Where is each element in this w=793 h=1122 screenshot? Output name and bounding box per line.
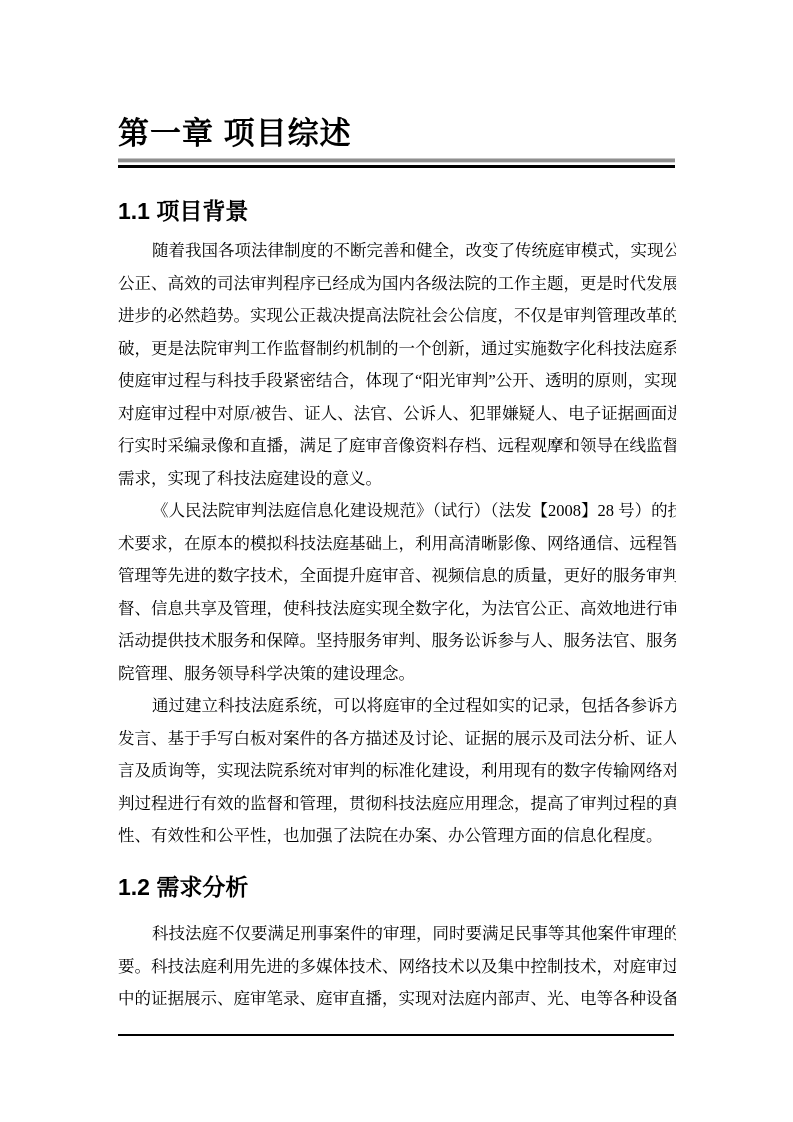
section-heading-project-background: 1.1 项目背景 [118, 196, 676, 226]
section-body-project-background: 随着我国各项法律制度的不断完善和健全，改变了传统庭审模式，实现公平、 公正、高效… [118, 235, 676, 853]
paragraph-line: 公正、高效的司法审判程序已经成为国内各级法院的工作主题，更是时代发展和 [118, 268, 676, 301]
paragraph-line: 使庭审过程与科技手段紧密结合，体现了“阳光审判”公开、透明的原则，实现 [118, 365, 676, 398]
chapter-title: 第一章 项目综述 [118, 112, 676, 156]
paragraph-line: 中的证据展示、庭审笔录、庭审直播，实现对法庭内部声、光、电等各种设备进 [118, 983, 676, 1016]
paragraph-line: 管理等先进的数字技术，全面提升庭审音、视频信息的质量，更好的服务审判监 [118, 560, 676, 593]
paragraph-line: 进步的必然趋势。实现公正裁决提高法院社会公信度，不仅是审判管理改革的突 [118, 300, 676, 333]
paragraph-line: 督、信息共享及管理，使科技法庭实现全数字化，为法官公正、高效地进行审判 [118, 593, 676, 626]
paragraph-line: 要。科技法庭利用先进的多媒体技术、网络技术以及集中控制技术，对庭审过程 [118, 951, 676, 984]
document-page: 第一章 项目综述 1.1 项目背景 随着我国各项法律制度的不断完善和健全，改变了… [0, 0, 793, 1122]
paragraph-line: 行实时采编录像和直播，满足了庭审音像资料存档、远程观摩和领导在线监督的 [118, 430, 676, 463]
paragraph-line: 性、有效性和公平性，也加强了法院在办案、办公管理方面的信息化程度。 [118, 820, 676, 853]
paragraph-line: 通过建立科技法庭系统，可以将庭审的全过程如实的记录，包括各参诉方的 [118, 690, 676, 723]
paragraph-line: 破，更是法院审判工作监督制约机制的一个创新，通过实施数字化科技法庭系统 [118, 333, 676, 366]
footer-rule [118, 1034, 674, 1036]
paragraph-line: 言及质询等，实现法院系统对审判的标准化建设，利用现有的数字传输网络对审 [118, 755, 676, 788]
section-body-requirements-analysis: 科技法庭不仅要满足刑事案件的审理，同时要满足民事等其他案件审理的需 要。科技法庭… [118, 918, 676, 1016]
rule-black-bar [118, 165, 675, 168]
paragraph-line: 《人民法院审判法庭信息化建设规范》（试行）（法发【2008】28 号）的技 [118, 495, 676, 528]
paragraph-line: 需求，实现了科技法庭建设的意义。 [118, 463, 676, 496]
paragraph-line: 术要求，在原本的模拟科技法庭基础上，利用高清晰影像、网络通信、远程智能 [118, 528, 676, 561]
paragraph-line: 对庭审过程中对原/被告、证人、法官、公诉人、犯罪嫌疑人、电子证据画面进 [118, 398, 676, 431]
paragraph-line: 发言、基于手写白板对案件的各方描述及讨论、证据的展示及司法分析、证人证 [118, 723, 676, 756]
paragraph-line: 随着我国各项法律制度的不断完善和健全，改变了传统庭审模式，实现公平、 [118, 235, 676, 268]
section-heading-requirements-analysis: 1.2 需求分析 [118, 872, 676, 902]
paragraph-line: 院管理、服务领导科学决策的建设理念。 [118, 658, 676, 691]
paragraph-line: 判过程进行有效的监督和管理，贯彻科技法庭应用理念，提高了审判过程的真实 [118, 788, 676, 821]
chapter-title-rule [118, 158, 675, 171]
paragraph-line: 科技法庭不仅要满足刑事案件的审理，同时要满足民事等其他案件审理的需 [118, 918, 676, 951]
paragraph-line: 活动提供技术服务和保障。坚持服务审判、服务讼诉参与人、服务法官、服务法 [118, 625, 676, 658]
